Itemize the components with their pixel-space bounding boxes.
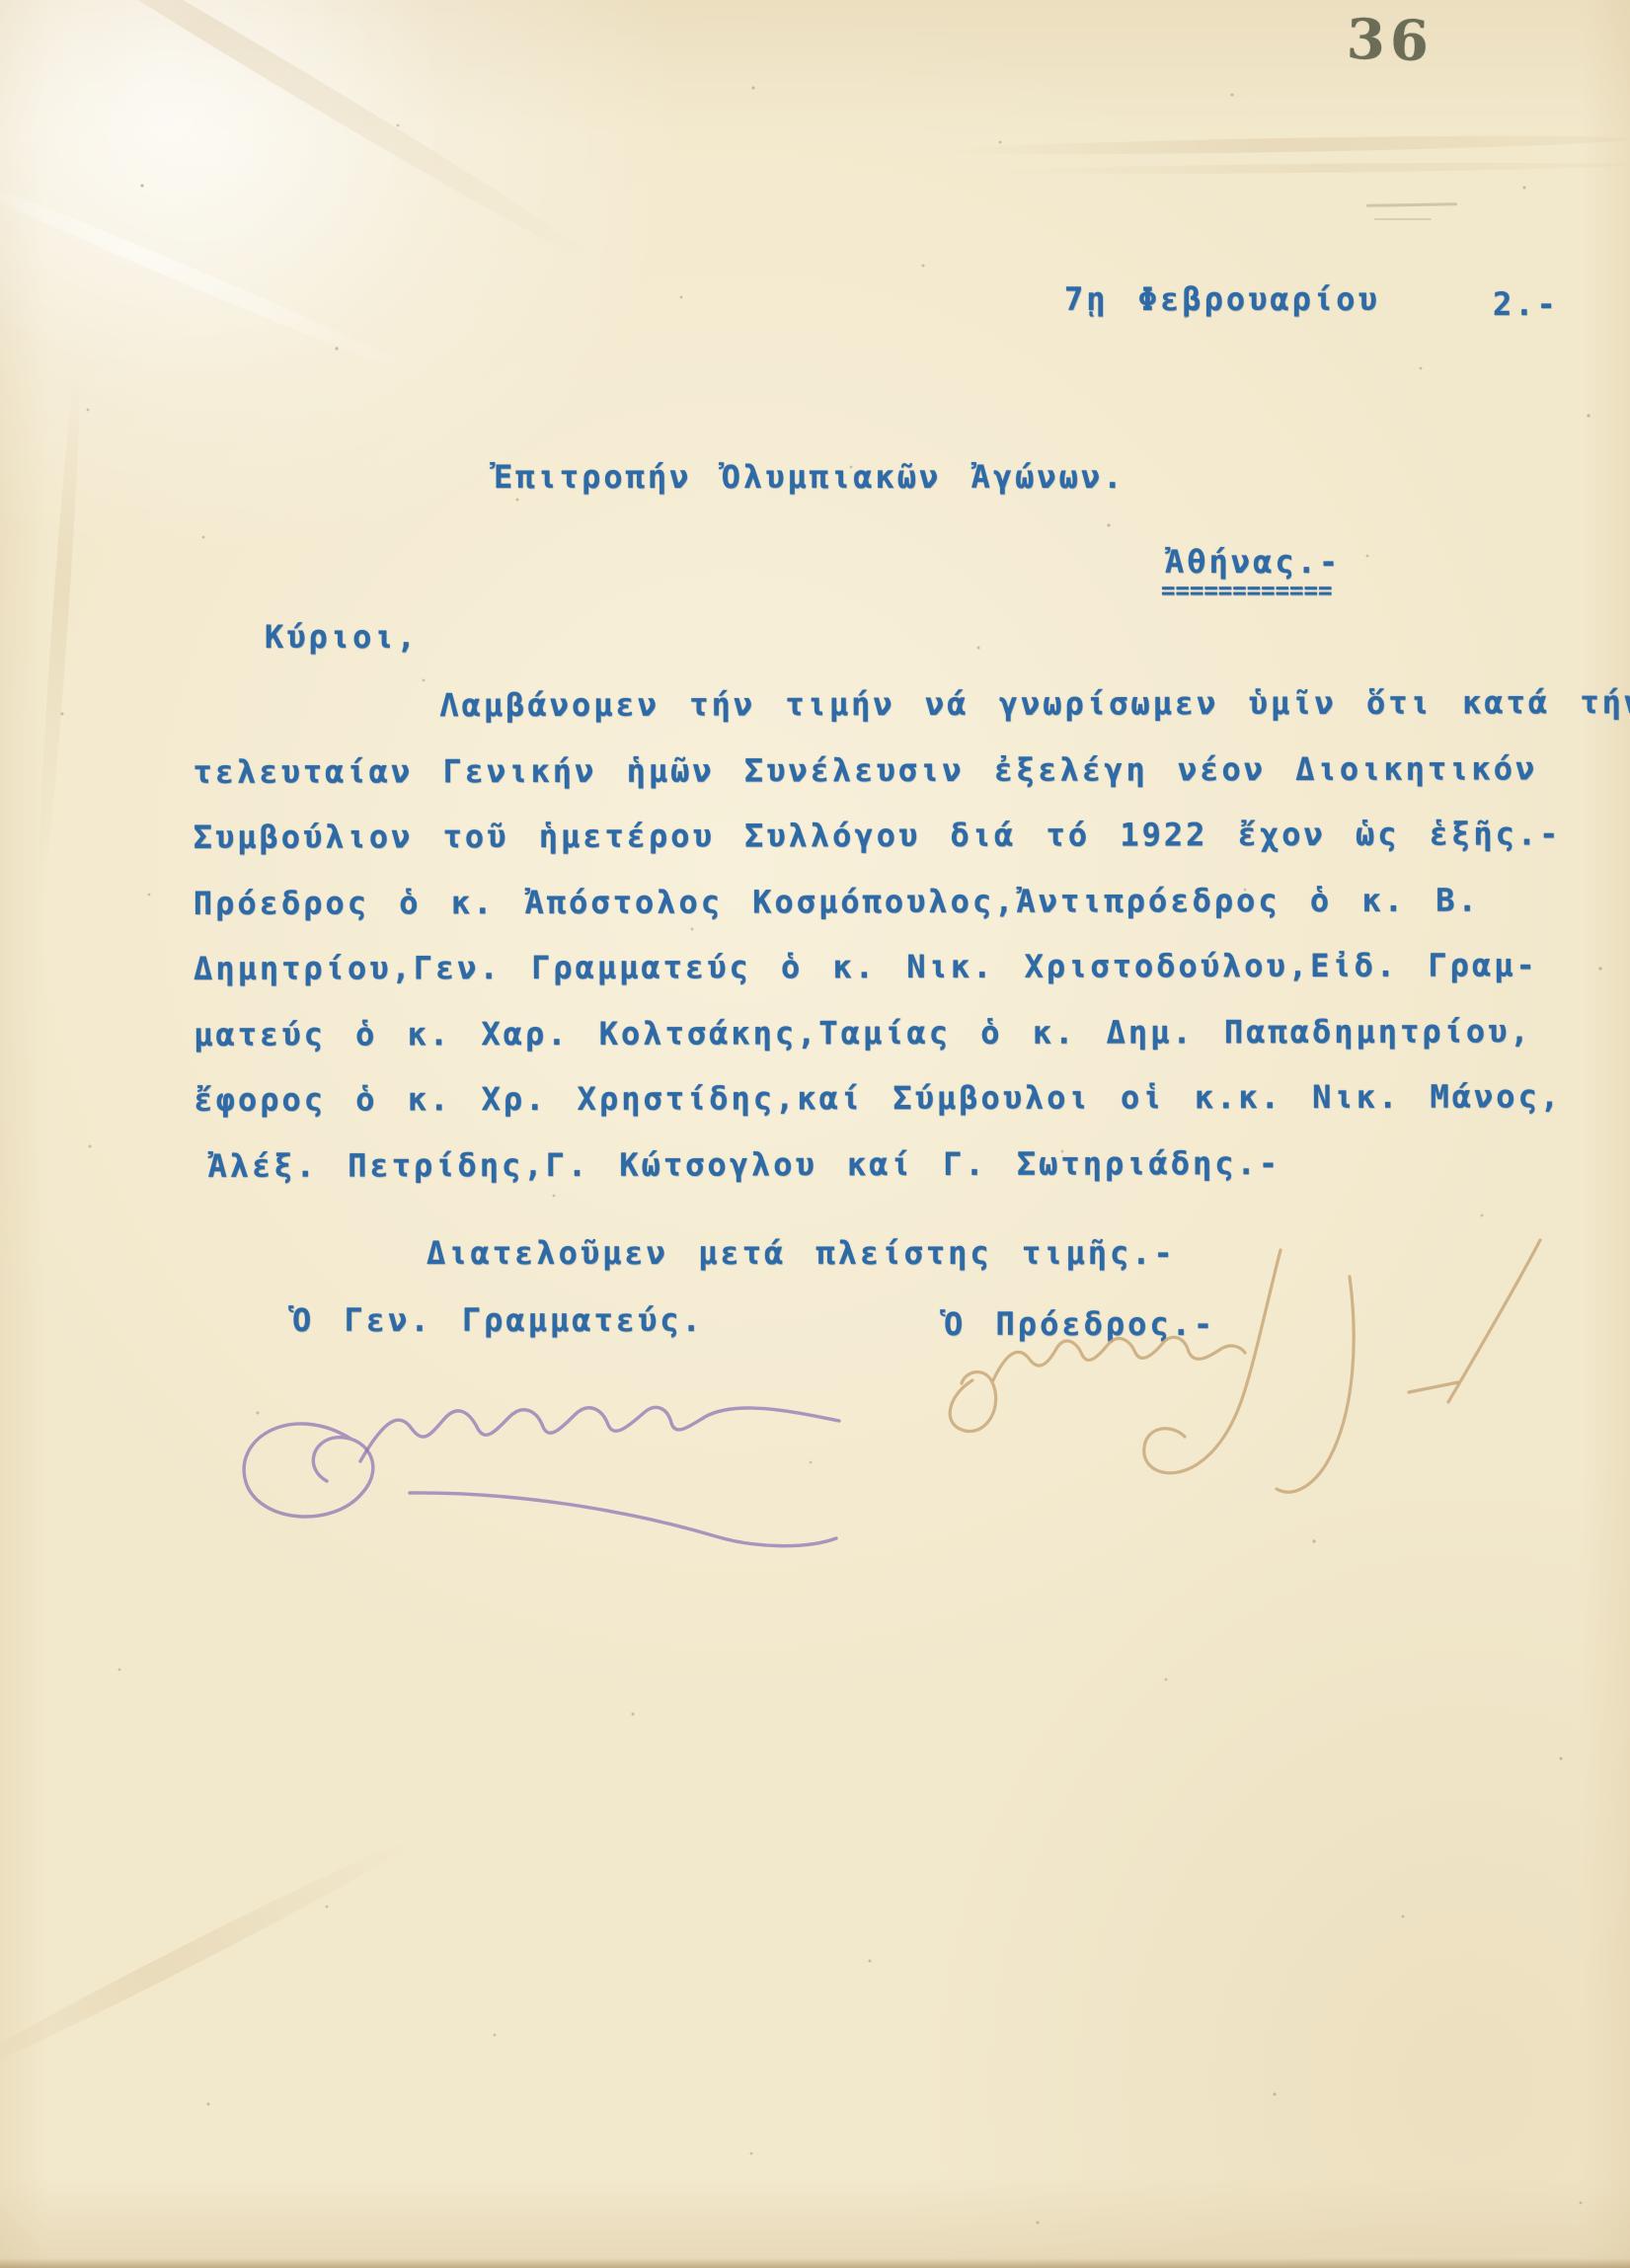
faint-pencil-smudge <box>1366 202 1457 207</box>
paper-crease-streak <box>0 0 607 276</box>
paper-crease-streak <box>0 167 427 384</box>
body-line: Δημητρίου,Γεν. Γραμματεύς ὁ κ. Νικ. Χρισ… <box>194 946 1630 1015</box>
body-line: ἔφορος ὁ κ. Χρ. Χρηστίδης,καί Σύμβουλοι … <box>194 1077 1630 1146</box>
paper-fold-line <box>972 161 1624 177</box>
body-line: Λαμβάνομεν τήν τιμήν νά γνωρίσωμεν ὑμῖν … <box>193 683 1630 752</box>
date-year: 2.- <box>1493 285 1559 323</box>
date-day-month: 7ῃ Φεβρουαρίου <box>1064 280 1380 318</box>
faint-pencil-smudge <box>1374 218 1432 220</box>
body-line: τελευταίαν Γενικήν ἡμῶν Συνέλευσιν ἐξελέ… <box>193 749 1630 819</box>
letter-body: Λαμβάνομεν τήν τιμήν νά γνωρίσωμεν ὑμῖν … <box>193 683 1630 1212</box>
secretary-signature <box>202 1345 844 1552</box>
body-line: Ἀλέξ. Πετρίδης,Γ. Κώτσογλου καί Γ. Σωτηρ… <box>194 1143 1630 1212</box>
paper-crease-streak <box>0 1831 421 2092</box>
paper-crease-highlight <box>0 0 522 460</box>
city-underline: ============ <box>1161 577 1332 604</box>
secretary-title: Ὁ Γεν. Γραμματεύς. <box>292 1301 704 1339</box>
body-line: Πρόεδρος ὁ κ. Ἀπόστολος Κοσμόπουλος,Ἀντι… <box>194 881 1630 950</box>
letter-page: 36 7ῃ Φεβρουαρίου 2.- Ἐπιτροπήν Ὀλυμπιακ… <box>0 0 1630 2268</box>
paper-speckles <box>0 0 2 2</box>
archive-page-number-stamp: 36 <box>1346 7 1435 74</box>
paper-fold-line <box>938 132 1629 158</box>
body-line: Συμβούλιον τοῦ ἡμετέρου Συλλόγου διά τό … <box>194 815 1630 884</box>
city-line: Ἀθήνας.- <box>1165 543 1341 581</box>
president-signature <box>903 1222 1560 1514</box>
paper-crease-streak <box>33 365 86 899</box>
salutation: Κύριοι, <box>265 618 419 656</box>
recipient-line: Ἐπιτροπήν Ὀλυμπιακῶν Ἀγώνων. <box>494 458 1125 496</box>
paper-bottom-edge-shadow <box>0 2258 1630 2268</box>
body-line: ματεύς ὁ κ. Χαρ. Κολτσάκης,Ταμίας ὁ κ. Δ… <box>194 1012 1630 1081</box>
